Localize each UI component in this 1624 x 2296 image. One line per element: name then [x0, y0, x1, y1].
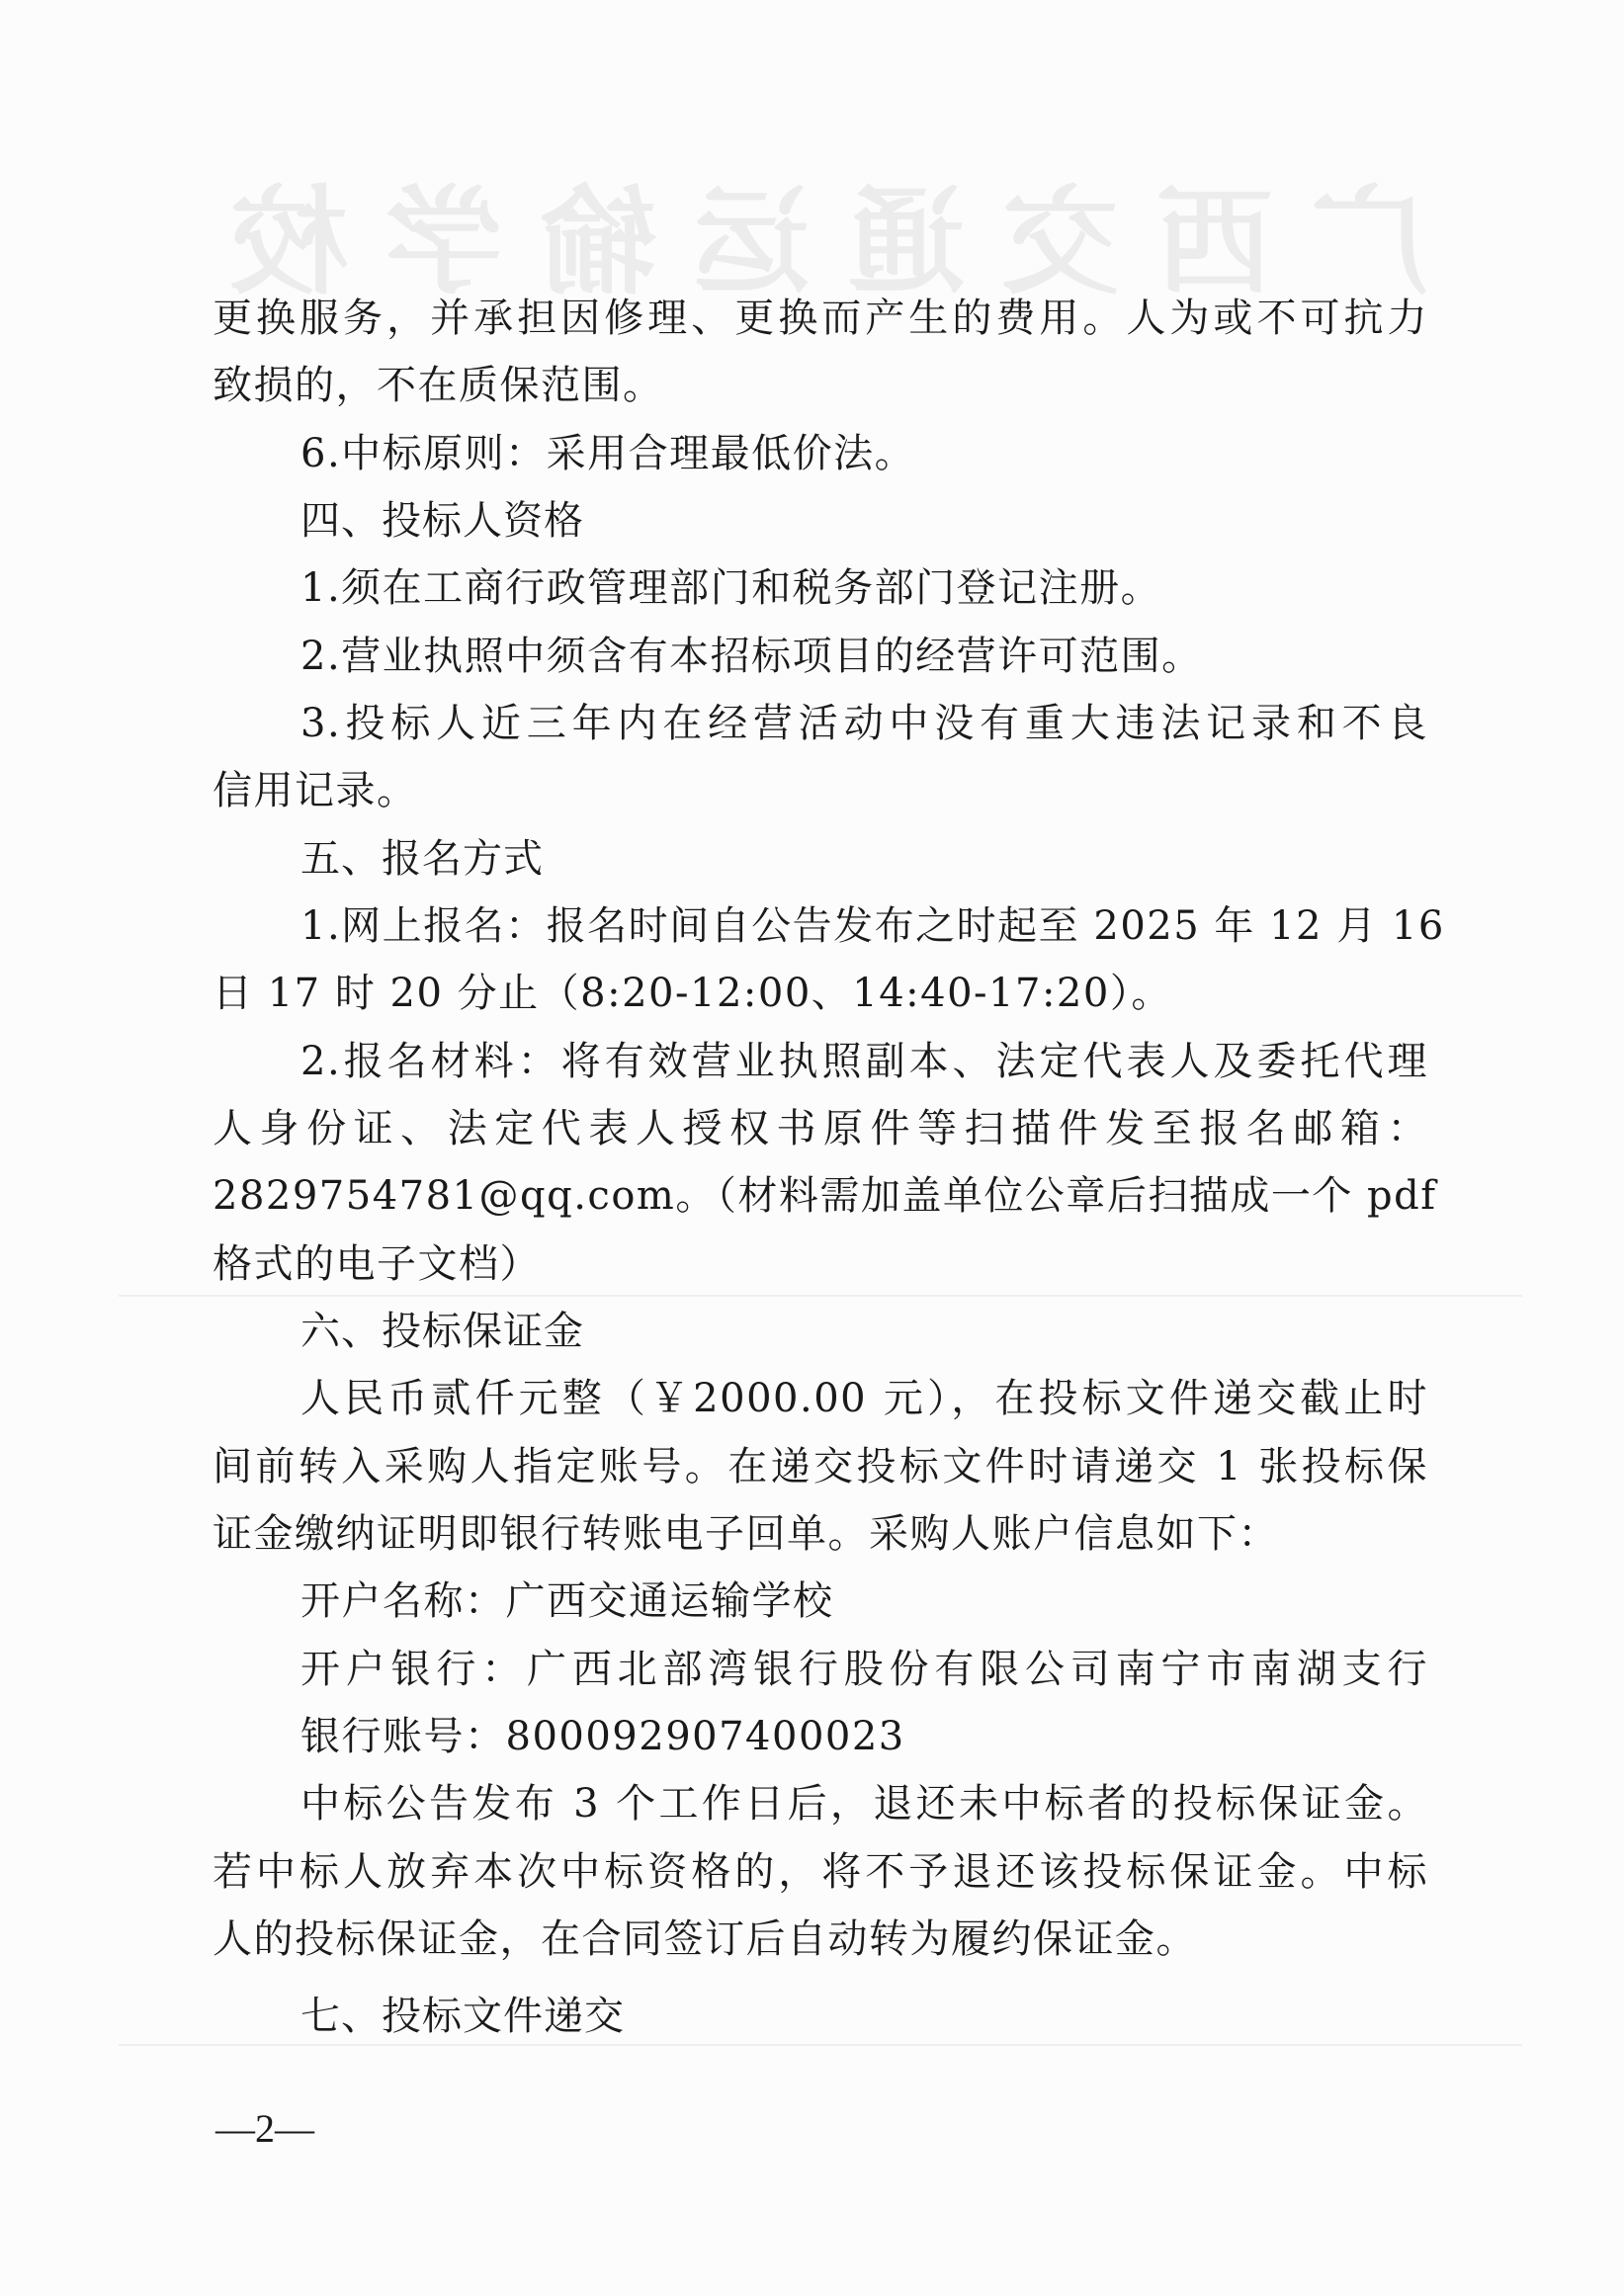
- paragraph-line: 6.中标原则：采用合理最低价法。: [300, 430, 915, 477]
- paragraph-line: 日 17 时 20 分止（8:20-12:00、14:40-17:20）。: [213, 970, 1172, 1017]
- paragraph-line: 人的投标保证金，在合同签订后自动转为履约保证金。: [213, 1915, 1197, 1963]
- paragraph-line: 证金缴纳证明即银行转账电子回单。采购人账户信息如下：: [213, 1510, 1279, 1558]
- section-heading-4: 四、投标人资格: [300, 497, 584, 545]
- paragraph-line: 2.营业执照中须含有本招标项目的经营许可范围。: [300, 633, 1203, 680]
- paragraph-line: 人身份证、法定代表人授权书原件等扫描件发至报名邮箱：: [213, 1105, 1428, 1152]
- bank-name-line: 开户银行：广西北部湾银行股份有限公司南宁市南湖支行: [300, 1646, 1428, 1693]
- paragraph-line: 人民币贰仟元整（￥2000.00 元），在投标文件递交截止时: [300, 1375, 1428, 1422]
- paragraph-line: 若中标人放弃本次中标资格的，将不予退还该投标保证金。中标: [213, 1848, 1428, 1896]
- paragraph-line: 格式的电子文档）: [213, 1240, 541, 1288]
- paragraph-line: 2.报名材料：将有效营业执照副本、法定代表人及委托代理: [300, 1038, 1428, 1085]
- paragraph-line: 3.投标人近三年内在经营活动中没有重大违法记录和不良: [300, 700, 1428, 747]
- section-heading-5: 五、报名方式: [300, 835, 544, 883]
- paragraph-line: 1.网上报名：报名时间自公告发布之时起至 2025 年 12 月 16: [300, 902, 1428, 950]
- bleed-through-rule: [119, 1295, 1522, 1297]
- bleed-through-header: 广西交通运输学校: [178, 148, 1443, 316]
- paragraph-line: 更换服务，并承担因修理、更换而产生的费用。人为或不可抗力: [213, 295, 1428, 342]
- section-heading-6: 六、投标保证金: [300, 1308, 584, 1355]
- paragraph-line: 1.须在工商行政管理部门和税务部门登记注册。: [300, 564, 1161, 612]
- section-heading-7: 七、投标文件递交: [300, 1993, 625, 2040]
- account-number-line: 银行账号：800092907400023: [300, 1713, 905, 1760]
- paragraph-line: 间前转入采购人指定账号。在递交投标文件时请递交 1 张投标保: [213, 1443, 1428, 1490]
- email-line: 2829754781@qq.com。（材料需加盖单位公章后扫描成一个 pdf: [213, 1172, 1428, 1220]
- paragraph-line: 中标公告发布 3 个工作日后，退还未中标者的投标保证金。: [300, 1780, 1428, 1828]
- paragraph-line: 致损的，不在质保范围。: [213, 362, 664, 409]
- page-number: —2—: [215, 2105, 314, 2152]
- document-page: 广西交通运输学校 更换服务，并承担因修理、更换而产生的费用。人为或不可抗力 致损…: [0, 0, 1624, 2296]
- bleed-through-rule: [119, 2044, 1522, 2046]
- paragraph-line: 信用记录。: [213, 767, 418, 814]
- account-name-line: 开户名称：广西交通运输学校: [300, 1577, 834, 1625]
